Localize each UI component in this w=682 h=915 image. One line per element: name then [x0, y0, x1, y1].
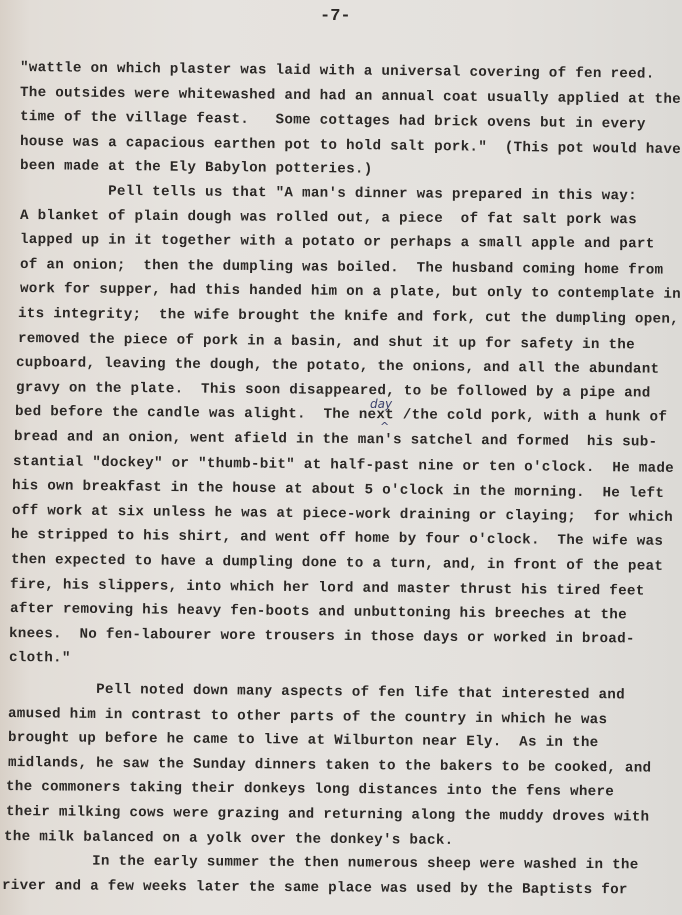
text-line: then expected to have a dumpling done to…: [11, 552, 663, 575]
text-line: bed before the candle was alight. The ne…: [15, 404, 667, 426]
text-line: his own breakfast in the house at about …: [12, 478, 664, 502]
text-line: midlands, he saw the Sunday dinners take…: [8, 755, 652, 777]
text-line: amused him in contrast to other parts of…: [8, 706, 607, 728]
insertion-caret: ^: [380, 420, 389, 433]
text-line: their milking cows were grazing and retu…: [6, 804, 650, 826]
text-line: lapped up in it together with a potato o…: [20, 232, 655, 252]
text-line: its integrity; the wife brought the knif…: [18, 306, 679, 328]
text-line: house was a capacious earthen pot to hol…: [20, 134, 681, 158]
text-line: removed the piece of pork in a basin, an…: [18, 331, 635, 353]
text-line: The outsides were whitewashed and had an…: [20, 85, 681, 108]
text-line: after removing his heavy fen-boots and u…: [10, 601, 627, 623]
text-line: time of the village feast. Some cottages…: [20, 109, 646, 133]
text-line: the commoners taking their donkeys long …: [6, 779, 614, 800]
text-line: work for supper, had this handed him on …: [20, 281, 681, 303]
handwritten-insertion: day: [370, 397, 392, 411]
text-line: In the early summer the then numerous sh…: [4, 853, 639, 873]
text-line: stantial "dockey" or "thumb-bit" at half…: [13, 454, 674, 477]
text-line: bread and an onion, went afield in the m…: [14, 429, 658, 451]
text-line: cloth.": [9, 650, 71, 667]
text-line: Pell tells us that "A man's dinner was p…: [20, 183, 637, 204]
text-line: of an onion; then the dumpling was boile…: [20, 257, 664, 279]
text-line: Pell noted down many aspects of fen life…: [8, 681, 625, 703]
text-line: brought up before he came to live at Wil…: [8, 730, 599, 751]
text-line: "wattle on which plaster was laid with a…: [20, 60, 655, 83]
text-line: been made at the Ely Babylon potteries.): [20, 158, 373, 178]
text-line: river and a few weeks later the same pla…: [2, 878, 628, 898]
text-line: knees. No fen-labourer wore trousers in …: [9, 626, 635, 647]
text-line: cupboard, leaving the dough, the potato,…: [16, 355, 660, 378]
text-line: A blanket of plain dough was rolled out,…: [20, 208, 637, 228]
text-line: off work at six unless he was at piece-w…: [12, 503, 673, 526]
page-number: -7-: [320, 7, 351, 26]
text-line: fire, his slippers, into which her lord …: [10, 577, 645, 600]
text-line: he stripped to his shirt, and went off h…: [11, 527, 663, 550]
text-line: the milk balanced on a yolk over the don…: [4, 829, 454, 849]
text-line: gravy on the plate. This soon disappeare…: [16, 380, 651, 402]
